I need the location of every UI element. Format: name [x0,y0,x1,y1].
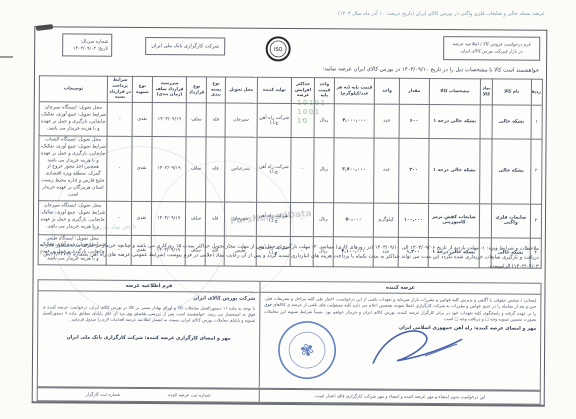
page-header-note: عرضه بشکه خالی و ضایعات فلزی واگنی در بو… [338,11,545,17]
cell-contract: سلف [186,201,206,235]
cell-qty: ۱۰۰,۰۰۰ [398,203,428,237]
cell-contract: سلف [187,103,207,137]
cell-packaging: فله [206,103,225,137]
col-unit: واحد [375,78,400,104]
tender-form: 10101 1001 10 ParsNamadData پارس نماد دا… [32,26,548,407]
cell-settlement: نقدی [131,201,151,235]
special-terms-paragraph: ملاحظات و شرایط ویژه: ۱- مهلت بازدید از … [40,241,539,271]
cell-maturity: ۱۴۰۳/۰۹/۱۹ [152,103,187,137]
cell-notes: محل تحویل: ایستگاه الشتاب شرایط تحویل: ج… [39,136,108,201]
scan-edge-artifact [0,56,13,58]
col-credit-terms: شرایط پرداخت در قرارداد نسیه [108,76,133,102]
cell-price-unit: ریال [313,202,333,236]
cell-name: بشکه خالی [492,105,531,139]
cell-qty: ۶۰۰ [399,104,429,138]
date-value: تاریخ: ۱۴۰۳/۰۹/۰۴ [66,46,108,51]
cell-packaging: فله [206,137,225,201]
col-spec: مشخصات کالا [429,78,481,105]
table-row: ۱ بشکه خالی بشکه خالی درجه ۱ ۶۰۰ عدد ۴,۰… [39,102,542,140]
footer-strip: این درخواست بدون امضاء و مهر عرضه کننده … [37,387,541,405]
table-header-row: ردیف نام کالا نماد کالا مشخصات کالا مقدا… [39,76,542,106]
scanned-tender-document: { "colors": { "ink": "#39465a", "stamp_b… [0,0,576,419]
cell-settlement: نقدی [132,137,152,201]
handwritten-signature [365,322,470,378]
form-title-line2: در بازار فیزیکی بورس کالای ایران [446,49,537,55]
broker-registration-label: شماره ثبت کارگزار [86,392,120,397]
col-maturity: سررسید قرارداد سلف (زمان بندی) [152,77,187,103]
cell-spec: بشکه خالی درجه ۱ [429,105,481,139]
broker-request-text: با توجه به ماده ۱۱ دستورالعمل معاملات کا… [42,304,255,324]
cell-symbol [480,203,492,237]
cell-unit: عدد [374,138,399,202]
cell-contract: سلف [186,137,206,201]
col-radif: ردیف [531,79,543,105]
table-row: ۲ بشکه خالی بشکه خالی درجه ۱ ۳۰۰ عدد ۳,۷… [39,136,542,204]
col-name: نام کالا [492,79,531,105]
cell-settlement: نقدی [132,103,152,137]
form-title-box: فرم درخواست فروش کالا / اطلاعیه عرضه در … [443,36,540,61]
certification-stamp-icon: ISO [265,36,291,62]
col-contract: نوع قرارداد [187,77,207,103]
broker-panel: فرم اطلاعیه عرضه شرکت بورس کالای ایران ب… [38,280,260,388]
broker-addressee: شرکت بورس کالای ایران [42,294,255,303]
cell-producer: شرکت راه آهن ج.ا.ا [256,202,291,236]
cell-radif: ۳ [530,204,542,238]
cell-spec: ضایعات کفش ترمز کامپوزیتی [428,203,480,237]
broker-name-box: شرکت کارگزاری بانک ملی ایران [145,37,225,56]
registration-numbers: شماره ثبت عرضه کننده شماره ثبت کارگزار [38,388,259,402]
cell-producer: شرکت راه آهن ج.ا.ا [256,137,291,202]
cell-notes: محل تحویل: ایستگاه سیرجان شرایط تحویل: ج… [39,102,108,136]
cell-maturity: ۱۴۰۳/۰۹/۱۹ [151,137,186,202]
cell-radif: ۲ [530,139,542,203]
cell-delivery: بندرعباس [225,137,257,202]
col-price-unit: واحد قیمت پایه [314,78,334,104]
cell-producer: شرکت راه آهن ج.ا.ا [257,103,292,137]
supplier-panel: عرضه کننده اینجانب / شخص حقوقی با آگاهی … [259,282,541,390]
cell-symbol [480,105,492,139]
cell-delivery: سیرجان [224,202,256,236]
table-row: ۳ ضایعات فلزی واگنی ضایعات کفش ترمز کامپ… [38,200,541,238]
cell-price-unit: ریال [314,104,334,138]
broker-panel-body: شرکت بورس کالای ایران با توجه به ماده ۱۱… [38,291,260,388]
col-symbol: نماد کالا [480,79,492,105]
cell-unit: کیلوگرم [374,203,399,237]
cell-symbol [480,139,492,203]
cell-price: ۴,۰۰۰,۰۰۰ [334,104,375,138]
col-notes: توضیحات [39,76,108,103]
cell-price: ۵۰,۰۰۰ [333,202,374,236]
col-settlement: نوع تسویه [132,76,152,102]
cell-max-increase: - [291,202,314,236]
cell-notes: محل تحویل: ایستگاه سیرجان شرایط تحویل: ج… [38,200,107,234]
svg-text:ISO: ISO [274,47,283,53]
cell-max-increase: - [291,138,314,202]
request-line: خواهشمند است کالا با مشخصات ذیل را در تا… [322,66,539,74]
cell-qty: ۳۰۰ [399,138,429,203]
cell-radif: ۱ [531,105,543,139]
col-delivery: محل تحویل [225,77,257,103]
validity-note: این درخواست بدون امضاء و مهر عرضه کننده … [259,390,540,404]
cell-delivery: سیرجان [225,103,257,137]
cell-credit-terms: - [107,201,132,235]
col-producer: تولید کننده [257,77,292,103]
cell-spec: بشکه خالی درجه ۱ [428,139,480,204]
broker-name: شرکت کارگزاری بانک ملی ایران [151,43,219,49]
cell-price: ۳,۷۰۰,۰۰۰ [333,138,374,203]
serial-box: شماره سریال: تاریخ: ۱۴۰۳/۰۹/۰۴ [62,33,112,56]
cell-unit: عدد [374,104,399,138]
signature-section: عرضه کننده اینجانب / شخص حقوقی با آگاهی … [37,279,542,391]
broker-sign-label: مهر و امضای کارگزاری عرضه کننده: شرکت کا… [42,335,255,344]
stamp-emblem-icon: ✾ [298,340,316,362]
cell-packaging: فله [206,201,225,235]
cell-credit-terms: - [107,102,132,136]
cell-name: بشکه خالی [492,139,531,204]
col-price: قیمت پایه (به هر عدد/کیلوگرم) [334,78,375,104]
col-max-increase: حداکثر افزایش عرضه [292,78,315,104]
supplier-panel-body: اینجانب / شخص حقوقی با آگاهی و پذیرش کلی… [260,293,541,390]
col-packaging: نوع بسته بندی [207,77,226,103]
supplier-registration-label: شماره ثبت عرضه کننده [168,393,211,398]
cell-price-unit: ریال [314,138,334,202]
cell-maturity: ۱۴۰۳/۰۹/۱۹ [151,201,186,235]
cell-name: ضایعات فلزی واگنی [491,203,530,237]
cell-credit-terms: - [107,136,132,200]
col-qty: مقدار [399,78,429,104]
cell-max-increase: - [291,104,314,138]
offerings-table: ردیف نام کالا نماد کالا مشخصات کالا مقدا… [38,75,543,268]
serial-label: شماره سریال: [66,39,108,44]
form-title-line1: فرم درخواست فروش کالا / اطلاعیه عرضه [446,42,537,48]
